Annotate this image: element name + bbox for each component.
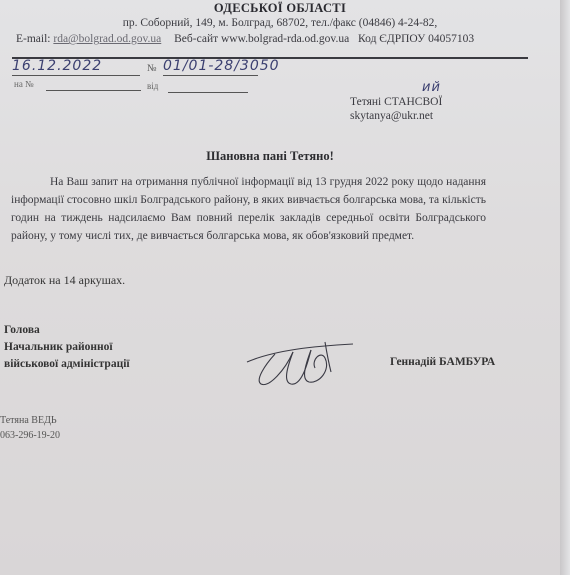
letterhead-contacts: E-mail: rda@bolgrad.od.gov.ua Веб-сайт w… [16, 33, 474, 45]
website-label: Веб-сайт [174, 33, 218, 45]
reference-date-field [168, 92, 248, 93]
website-link[interactable]: www.bolgrad-rda.od.gov.ua [221, 33, 349, 45]
executor-phone: 063-296-19-20 [0, 428, 60, 443]
signer-title-line: військової адміністрації [4, 356, 130, 373]
reference-date-label: від [147, 81, 158, 91]
letter-body: На Ваш запит на отримання публічної інфо… [11, 173, 486, 245]
signer-title: Голова Начальник районної військової адм… [4, 322, 130, 373]
recipient-email: skytanya@ukr.net [350, 109, 442, 123]
document-page: ОДЕСЬКОЇ ОБЛАСТІ пр. Соборний, 149, м. Б… [0, 0, 560, 575]
executor-name: Тетяна ВЕДЬ [0, 413, 60, 428]
attachment-note: Додаток на 14 аркушах. [4, 273, 125, 288]
handwritten-signature [245, 340, 355, 395]
letterhead-region: ОДЕСЬКОЇ ОБЛАСТІ [0, 1, 560, 16]
registration-number: 01/01-28/3050 [163, 58, 258, 76]
email-link[interactable]: rda@bolgrad.od.gov.ua [53, 33, 161, 45]
reference-number-field [46, 90, 141, 91]
registration-number-label: № [147, 63, 157, 74]
letter-greeting: Шановна пані Тетяно! [0, 149, 540, 164]
signer-title-line: Начальник районної [4, 339, 130, 356]
handwritten-mark: ий [422, 80, 441, 95]
edrpou-label: Код ЄДРПОУ [358, 33, 425, 45]
executor-block: Тетяна ВЕДЬ 063-296-19-20 [0, 413, 60, 443]
signatory-name: Геннадій БАМБУРА [390, 356, 495, 368]
email-label: E-mail: [16, 33, 51, 45]
letterhead-address: пр. Соборний, 149, м. Болград, 68702, те… [0, 17, 560, 29]
edrpou-value: 04057103 [428, 33, 474, 45]
recipient-block: Тетяні СТАНСВОЇ skytanya@ukr.net [350, 95, 442, 123]
reference-number-label: на № [14, 79, 34, 89]
page-edge [560, 0, 570, 575]
registration-date: 16.12.2022 [12, 58, 140, 76]
recipient-name: Тетяні СТАНСВОЇ [350, 95, 442, 109]
signer-title-line: Голова [4, 322, 130, 339]
